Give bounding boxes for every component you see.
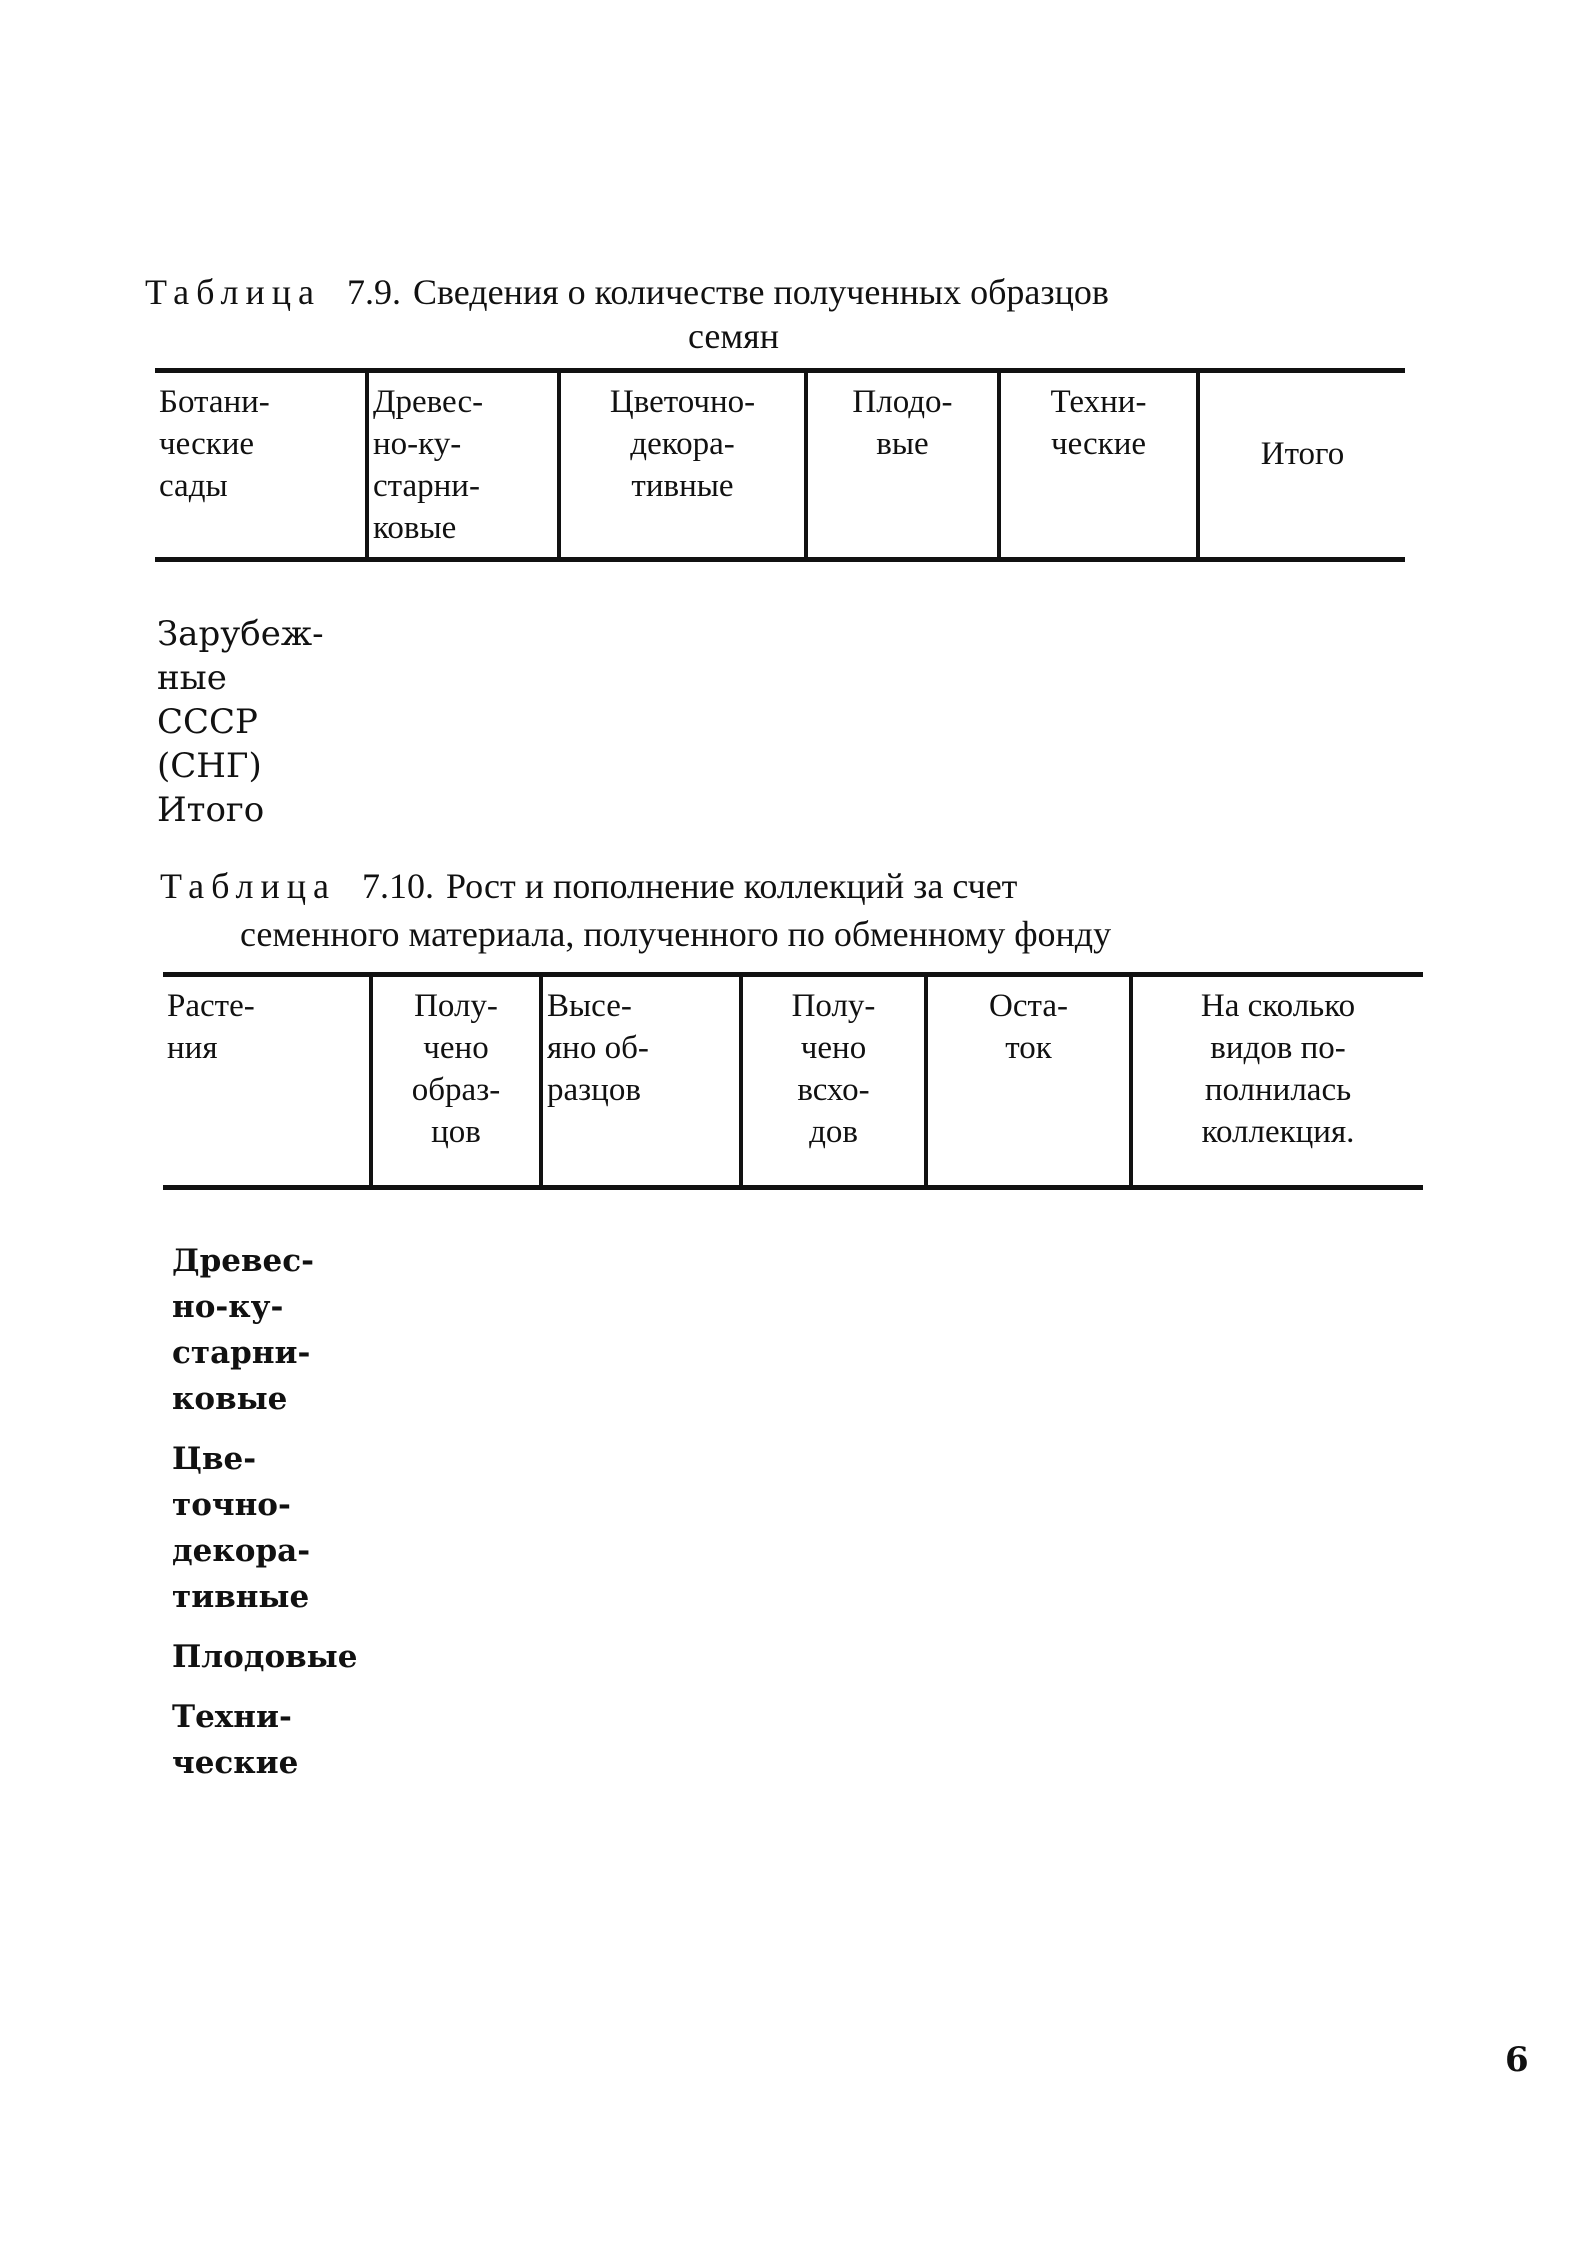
page-number: 6 (1505, 2040, 1529, 2080)
caption-number: 7.9. (347, 272, 401, 312)
caption-text-line2: семян (688, 316, 779, 356)
header-row: Ботани- ческие сады Древес- но-ку- старн… (155, 371, 1405, 560)
row-label-technical: Техни- ческие (172, 1694, 358, 1786)
row-label-total: Итого (157, 788, 324, 832)
header-total: Итого (1198, 371, 1405, 560)
header-fruit: Плодо- вые (806, 371, 999, 560)
table-7-9-caption-line2: семян (688, 312, 779, 360)
header-samples-sown: Высе- яно об- разцов (541, 975, 741, 1188)
table-7-10-caption-line2: семенного материала, полученного по обме… (240, 910, 1111, 958)
table-7-10-row-labels: Древес- но-ку- старни- ковые Цве- точно-… (172, 1238, 358, 1800)
row-label-foreign: Зарубеж- ные (157, 612, 324, 700)
row-label-ussr-cis: СССР (СНГ) (157, 700, 324, 788)
row-label-flower-decorative: Цве- точно- декора- тивные (172, 1436, 358, 1620)
header-row: Расте- ния Полу- чено образ- цов Высе- я… (163, 975, 1423, 1188)
caption-text-line2: семенного материала, полученного по обме… (240, 914, 1111, 954)
table-7-9-row-labels: Зарубеж- ные СССР (СНГ) Итого (157, 612, 324, 832)
caption-text: Рост и пополнение коллекций за счет (446, 866, 1017, 906)
document-page: Таблица7.9.Сведения о количестве получен… (0, 0, 1596, 2246)
header-flower-decorative: Цветочно- декора- тивные (559, 371, 806, 560)
table-7-10-header: Расте- ния Полу- чено образ- цов Высе- я… (163, 972, 1423, 1190)
header-plants: Расте- ния (163, 975, 371, 1188)
header-samples-received: Полу- чено образ- цов (371, 975, 541, 1188)
row-label-trees-shrubs: Древес- но-ку- старни- ковые (172, 1238, 358, 1422)
table-7-9-header: Ботани- ческие сады Древес- но-ку- старн… (155, 368, 1405, 562)
header-trees-shrubs: Древес- но-ку- старни- ковые (367, 371, 559, 560)
caption-label: Таблица (145, 272, 321, 312)
header-technical: Техни- ческие (999, 371, 1198, 560)
header-species-added: На сколько видов по- полнилась коллекция… (1131, 975, 1423, 1188)
caption-number: 7.10. (362, 866, 434, 906)
table-7-10-caption: Таблица7.10.Рост и пополнение коллекций … (160, 862, 1017, 910)
table-7-9-caption: Таблица7.9.Сведения о количестве получен… (145, 268, 1109, 316)
header-botanical-gardens: Ботани- ческие сады (155, 371, 367, 560)
row-label-fruit: Плодовые (172, 1634, 358, 1680)
header-seedlings-received: Полу- чено всхо- дов (741, 975, 926, 1188)
caption-label: Таблица (160, 866, 336, 906)
header-remainder: Оста- ток (926, 975, 1131, 1188)
caption-text: Сведения о количестве полученных образцо… (413, 272, 1109, 312)
